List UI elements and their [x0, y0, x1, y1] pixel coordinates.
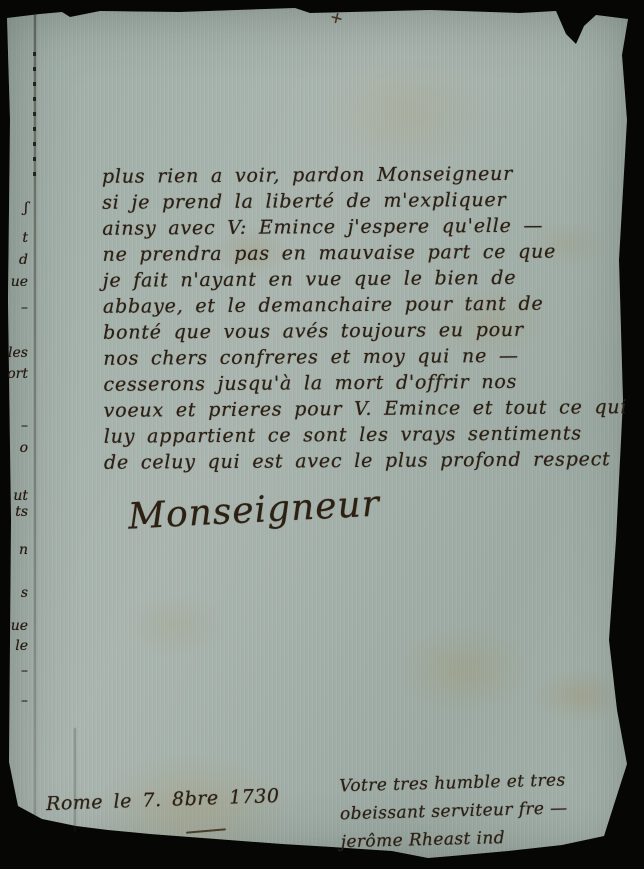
stitch-marks [33, 52, 36, 184]
margin-fragment: ts [15, 504, 28, 520]
margin-fragment: – [21, 663, 28, 679]
margin-fragment: ut [13, 488, 28, 504]
body-line: ainsy avec V: Emince j'espere qu'elle — [102, 212, 598, 241]
margin-fragment: n [19, 542, 28, 558]
margin-fragment: o [20, 440, 28, 456]
body-line: voeux et prieres pour V. Emince et tout … [104, 394, 600, 423]
body-line: ne prendra pas en mauvaise part ce que [102, 238, 598, 267]
margin-fragment: ʃ [24, 200, 28, 216]
closing-block: Votre tres humble et tres obeissant serv… [339, 766, 596, 857]
margin-fragment: d [19, 252, 28, 268]
body-line: plus rien a voir, pardon Monseigneur [102, 160, 598, 189]
body-line: je fait n'ayant en vue que le bien de [103, 264, 599, 293]
body-line: cesserons jusqu'à la mort d'offrir nos [103, 368, 599, 397]
body-line: de celuy qui est avec le plus profond re… [104, 446, 600, 475]
margin-fragment: – [21, 418, 28, 434]
body-line: nos chers confreres et moy qui ne — [103, 342, 599, 371]
margin-fragment: ue [11, 618, 28, 634]
crease-line [74, 728, 76, 832]
facing-page-margin-fragments: ʃ t d ue – les ort – o ut ts n s ue le [0, 0, 33, 869]
body-line: si je prend la liberté de m'expliquer [102, 186, 598, 215]
margin-fragment: – [21, 300, 28, 316]
letter-body-text: plus rien a voir, pardon Monseigneur si … [102, 160, 600, 475]
margin-fragment: le [15, 638, 28, 654]
body-line: luy appartient ce sont les vrays sentime… [104, 420, 600, 449]
body-line: abbaye, et le demanchaire pour tant de [103, 290, 599, 319]
closing-line: jerôme Rheast ind [340, 822, 596, 857]
margin-fragment: s [21, 585, 28, 601]
margin-fragment: ue [11, 274, 28, 290]
margin-fragment: t [22, 230, 28, 246]
scan-background: + ʃ t d ue – les ort – o ut ts n s ue [0, 0, 644, 869]
margin-fragment: les [8, 345, 28, 361]
body-line: bonté que vous avés toujours eu pour [103, 316, 599, 345]
margin-fragment: – [21, 693, 28, 709]
margin-fragment: ort [7, 366, 28, 382]
